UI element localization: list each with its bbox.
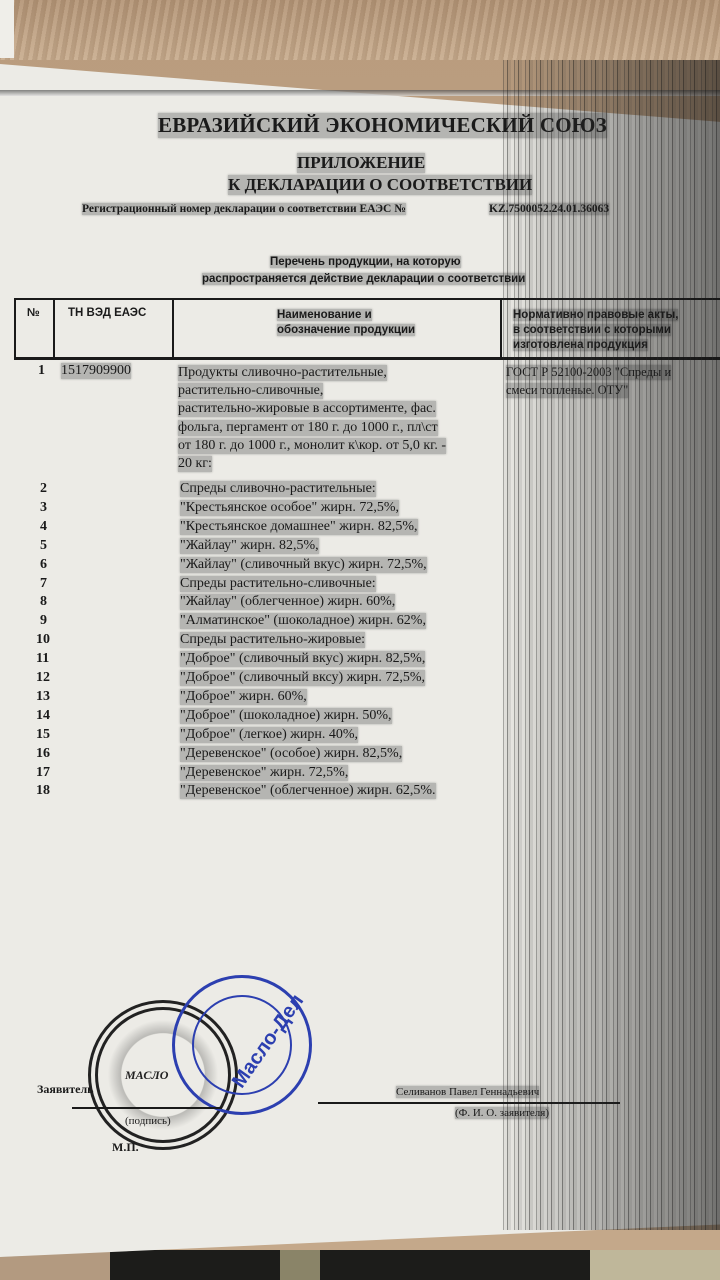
header-norms-line2: в соответствии с которыми: [513, 324, 671, 336]
product-list-item: "Деревенское" (особое) жирн. 82,5%,: [180, 746, 402, 762]
product-list-item: "Алматинское" (шоколадное) жирн. 62%,: [180, 613, 426, 629]
page-fold-shadow: [0, 90, 720, 96]
stamp-place-label: М.П.: [112, 1140, 139, 1155]
applicant-label: Заявитель: [37, 1082, 94, 1097]
table-left-border: [14, 298, 16, 360]
header-name-line1: Наименование и: [277, 309, 372, 321]
column-divider: [53, 298, 55, 360]
column-divider: [172, 298, 174, 360]
product-list-item: Спреды растительно-жировые:: [180, 632, 365, 648]
registration-number: KZ.7500052.24.01.36063: [489, 203, 609, 215]
product-list-item: "Жайлау" (сливочный вкус) жирн. 72,5%,: [180, 557, 427, 573]
row-number: 15: [36, 727, 50, 743]
row-number: 8: [40, 594, 47, 610]
black-stamp-text: МАСЛО: [125, 1068, 168, 1083]
product-description-line: фольга, пергамент от 180 г. до 1000 г., …: [178, 420, 438, 436]
row-number: 1: [38, 363, 45, 379]
norm-reference-line2: смеси топленые. ОТУ": [506, 383, 628, 398]
row-number: 6: [40, 557, 47, 573]
product-list-item: "Доброе" (легкое) жирн. 40%,: [180, 727, 358, 743]
product-description-line: от 180 г. до 1000 г., монолит к\кор. от …: [178, 438, 446, 454]
product-list-item: "Доброе" жирн. 60%,: [180, 689, 307, 705]
name-line: [318, 1102, 620, 1104]
product-list-item: "Доброе" (шоколадное) жирн. 50%,: [180, 708, 392, 724]
row-number: 7: [40, 576, 47, 592]
row-number: 18: [36, 783, 50, 799]
norm-reference-line1: ГОСТ Р 52100-2003 "Спреды и: [506, 365, 671, 380]
name-caption: (Ф. И. О. заявителя): [455, 1107, 549, 1119]
product-list-item: "Деревенское" (облегченное) жирн. 62,5%.: [180, 783, 436, 799]
product-list-item: Спреды растительно-сливочные:: [180, 576, 376, 592]
signature-caption: (подпись): [125, 1115, 171, 1127]
header-number: №: [27, 307, 40, 319]
row-number: 13: [36, 689, 50, 705]
product-list-item: "Крестьянское домашнее" жирн. 82,5%,: [180, 519, 418, 535]
row-number: 12: [36, 670, 50, 686]
row-number: 4: [40, 519, 47, 535]
union-title: ЕВРАЗИЙСКИЙ ЭКОНОМИЧЕСКИЙ СОЮЗ: [158, 113, 607, 138]
header-norms-line1: Нормативно правовые акты,: [513, 309, 678, 321]
column-divider: [500, 298, 502, 360]
product-list-item: "Крестьянское особое" жирн. 72,5%,: [180, 500, 399, 516]
appendix-title: ПРИЛОЖЕНИЕ: [297, 153, 425, 173]
row-number: 5: [40, 538, 47, 554]
product-description-line: 20 кг:: [178, 456, 212, 472]
header-norms-line3: изготовлена продукция: [513, 339, 648, 351]
product-description-line: Продукты сливочно-растительные,: [178, 365, 387, 381]
registration-label: Регистрационный номер декларации о соотв…: [82, 203, 406, 215]
row-number: 17: [36, 765, 50, 781]
product-list-item: Спреды сливочно-растительные:: [180, 481, 376, 497]
row-number: 11: [36, 651, 49, 667]
bottom-background: [0, 1250, 720, 1280]
row-number: 10: [36, 632, 50, 648]
row-number: 3: [40, 500, 47, 516]
product-list-item: "Доброе" (сливочный вкус) жирн. 82,5%,: [180, 651, 425, 667]
list-caption-line2: распространяется действие декларации о с…: [202, 273, 525, 285]
product-list-item: "Деревенское" жирн. 72,5%,: [180, 765, 348, 781]
header-name-line2: обозначение продукции: [277, 324, 415, 336]
signature-line: [72, 1107, 222, 1109]
list-caption-line1: Перечень продукции, на которую: [270, 256, 461, 268]
table-top-border: [14, 298, 720, 300]
row-number: 2: [40, 481, 47, 497]
product-list-item: "Жайлау" (облегченное) жирн. 60%,: [180, 594, 395, 610]
row-number: 16: [36, 746, 50, 762]
table-header-bottom-border: [14, 357, 720, 360]
header-tn-ved: ТН ВЭД ЕАЭС: [68, 307, 146, 319]
tn-ved-code: 1517909900: [61, 363, 131, 379]
product-description-line: растительно-жировые в ассортименте, фас.: [178, 401, 436, 417]
product-list-item: "Доброе" (сливочный вксу) жирн. 72,5%,: [180, 670, 425, 686]
product-description-line: растительно-сливочные,: [178, 383, 323, 399]
row-number: 14: [36, 708, 50, 724]
underlying-sheet-corner: [0, 0, 14, 58]
product-list-item: "Жайлау" жирн. 82,5%,: [180, 538, 319, 554]
appendix-subtitle: К ДЕКЛАРАЦИИ О СООТВЕТСТВИИ: [228, 175, 532, 195]
row-number: 9: [40, 613, 47, 629]
applicant-name: Селиванов Павел Геннадьевич: [396, 1086, 539, 1098]
wooden-table-background: [0, 0, 720, 60]
